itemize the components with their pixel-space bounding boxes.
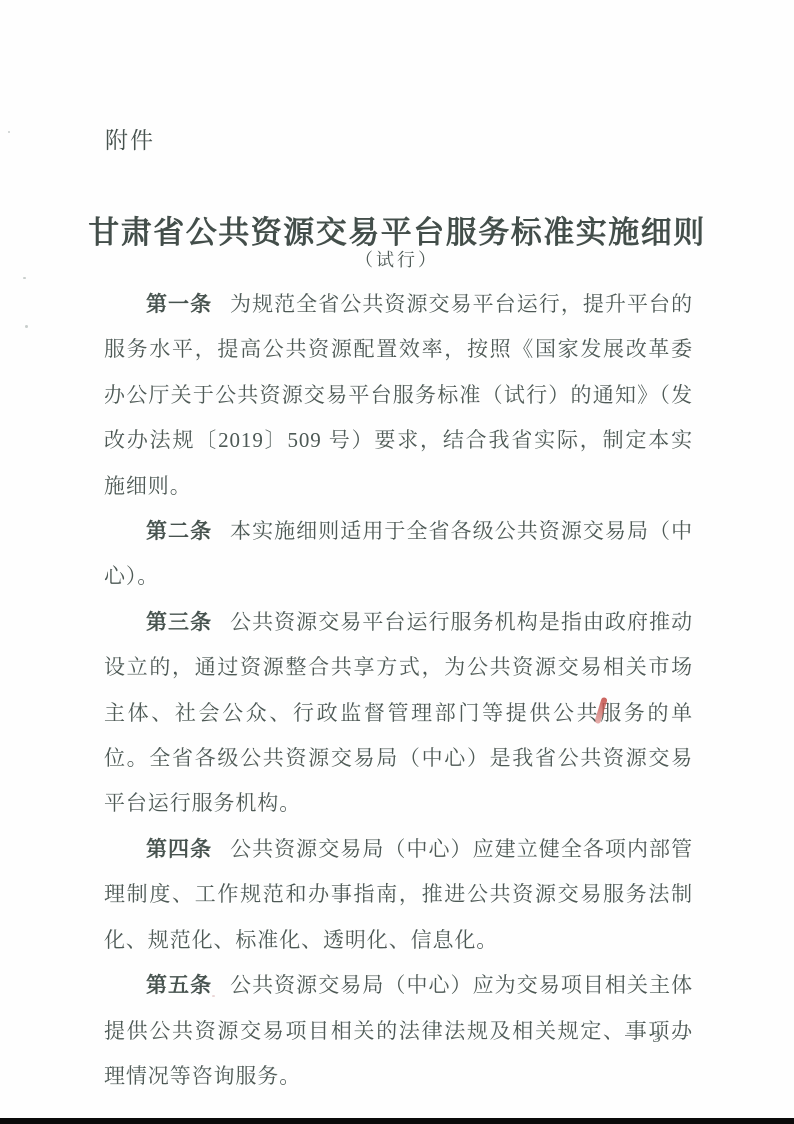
document-body: 第一条为规范全省公共资源交易平台运行，提升平台的服务水平，提高公共资源配置效率，…	[104, 282, 693, 1099]
scan-speck	[25, 325, 28, 328]
article-paragraph: 第二条本实施细则适用于全省各级公共资源交易局（中心）。	[104, 509, 693, 600]
attachment-label: 附件	[105, 122, 155, 155]
article-5-label: 第五条	[146, 974, 212, 997]
article-2-label: 第二条	[146, 520, 212, 543]
article-4-label: 第四条	[146, 838, 212, 861]
article-paragraph: 第三条公共资源交易平台运行服务机构是指由政府推动设立的，通过资源整合共享方式，为…	[104, 600, 693, 827]
article-1-label: 第一条	[146, 293, 212, 316]
article-paragraph: 第四条公共资源交易局（中心）应建立健全各项内部管理制度、工作规范和办事指南，推进…	[104, 827, 693, 963]
scan-speck	[23, 277, 26, 279]
article-paragraph: 第五条公共资源交易局（中心）应为交易项目相关主体提供公共资源交易项目相关的法律法…	[104, 963, 693, 1099]
article-paragraph: 第一条为规范全省公共资源交易平台运行，提升平台的服务水平，提高公共资源配置效率，…	[104, 282, 693, 509]
scan-speck	[8, 131, 10, 133]
page-number: － 3 －	[623, 1022, 694, 1047]
scan-speck	[561, 752, 564, 755]
scan-speck	[212, 995, 215, 997]
article-3-label: 第三条	[146, 611, 212, 634]
scanned-document-page: 附件 甘肃省公共资源交易平台服务标准实施细则 （试行） 第一条为规范全省公共资源…	[0, 0, 794, 1124]
scan-edge-bar	[0, 1118, 794, 1124]
article-3-text: 公共资源交易平台运行服务机构是指由政府推动设立的，通过资源整合共享方式，为公共资…	[104, 610, 693, 816]
document-subtitle: （试行）	[0, 246, 794, 272]
article-1-text: 为规范全省公共资源交易平台运行，提升平台的服务水平，提高公共资源配置效率，按照《…	[104, 292, 693, 498]
